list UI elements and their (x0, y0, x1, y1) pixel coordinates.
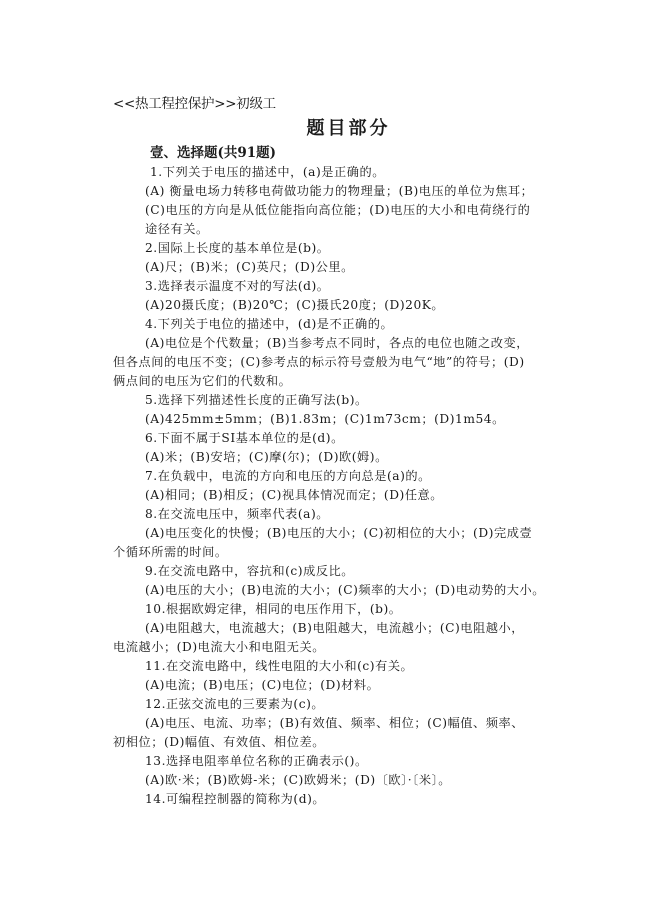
text-line: (A)电压的大小；(B)电流的大小；(C)频率的大小；(D)电动势的大小。 (145, 584, 545, 596)
text-line: (A)电阻越大，电流越大；(B)电阻越大，电流越小；(C)电阻越小， (145, 622, 524, 634)
text-line: (C)电压的方向是从低位能指向高位能；(D)电压的大小和电荷绕行的 (145, 204, 530, 216)
text-line: 13.选择电阻率单位名称的正确表示()。 (145, 755, 368, 767)
text-line: 12.正弦交流电的三要素为(c)。 (145, 698, 324, 710)
section-heading: 壹、选择题(共91题) (150, 141, 276, 161)
text-line: 2.国际上长度的基本单位是(b)。 (145, 242, 330, 254)
text-line: 途径有关。 (145, 223, 209, 235)
page-title: 题目部分 (0, 114, 645, 140)
text-line: 3.选择表示温度不对的写法(d)。 (145, 280, 330, 292)
text-line: 11.在交流电路中，线性电阻的大小和(c)有关。 (145, 660, 413, 672)
text-line: (A)欧·米；(B)欧姆-米；(C)欧姆米；(D)〔欧〕·〔米〕。 (145, 774, 451, 786)
text-line: (A)425mm±5mm；(B)1.83m；(C)1m73cm；(D)1m54。 (145, 413, 505, 425)
text-line: 6.下面不属于SI基本单位的是(d)。 (145, 432, 344, 444)
text-line: 个循环所需的时间。 (113, 546, 228, 558)
text-line: 但各点间的电压不变；(C)参考点的标示符号壹般为电气“地”的符号；(D) (113, 356, 525, 368)
text-line: 8.在交流电压中，频率代表(a)。 (145, 508, 329, 520)
text-line: (A) 衡量电场力转移电荷做功能力的物理量；(B)电压的单位为焦耳； (145, 185, 533, 197)
text-line: (A)20摄氏度；(B)20℃；(C)摄氏20度；(D)20K。 (145, 299, 444, 311)
text-line: 10.根据欧姆定律，相同的电压作用下，(b)。 (145, 603, 402, 615)
text-line: (A)电压、电流、功率；(B)有效值、频率、相位；(C)幅值、频率、 (145, 717, 524, 729)
text-line: 初相位；(D)幅值、有效值、相位差。 (113, 736, 325, 748)
text-line: (A)电流；(B)电压；(C)电位；(D)材料。 (145, 679, 379, 691)
text-line: 5.选择下列描述性长度的正确写法(b)。 (145, 394, 368, 406)
text-line: 电流越小；(D)电流大小和电阻无关。 (113, 641, 325, 653)
document-page: <<热工程控保护>>初级工 题目部分 壹、选择题(共91题) 1.下列关于电压的… (0, 0, 645, 910)
text-line: (A)米；(B)安培；(C)摩(尔)；(D)欧(姆)。 (145, 451, 388, 463)
text-line: 14.可编程控制器的简称为(d)。 (145, 793, 325, 805)
text-line: 9.在交流电路中，容抗和(c)成反比。 (145, 565, 354, 577)
text-line: 俩点间的电压为它们的代数和。 (113, 375, 291, 387)
text-line: 1.下列关于电压的描述中，(a)是正确的。 (150, 166, 385, 178)
text-line: (A)电位是个代数量；(B)当参考点不同时，各点的电位也随之改变， (145, 337, 529, 349)
text-line: (A)尺；(B)米；(C)英尺；(D)公里。 (145, 261, 354, 273)
document-header: <<热工程控保护>>初级工 (113, 92, 276, 112)
text-line: (A)电压变化的快慢；(B)电压的大小；(C)初相位的大小；(D)完成壹 (145, 527, 532, 539)
text-line: (A)相同；(B)相反；(C)视具体情况而定；(D)任意。 (145, 489, 443, 501)
text-line: 7.在负载中，电流的方向和电压的方向总是(a)的。 (145, 470, 431, 482)
text-line: 4.下列关于电位的描述中，(d)是不正确的。 (145, 318, 393, 330)
